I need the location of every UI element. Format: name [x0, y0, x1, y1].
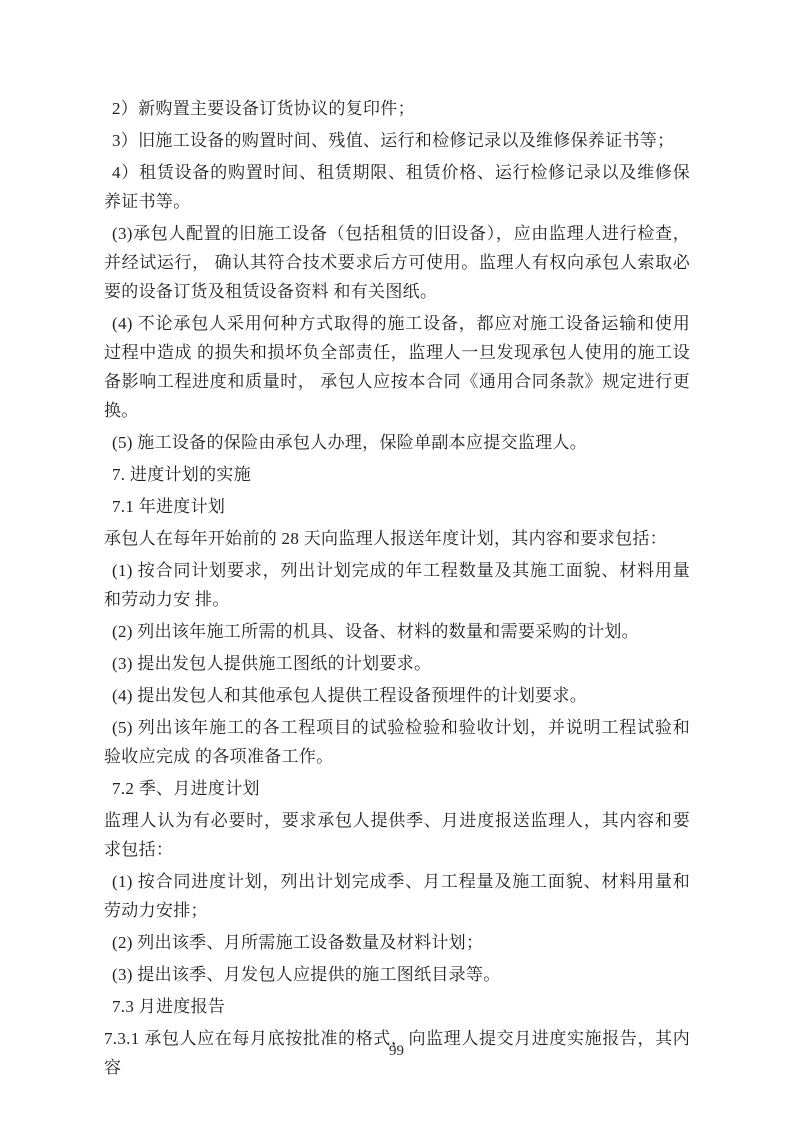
list-item-4: 4）租赁设备的购置时间、租赁期限、租赁价格、运行检修记录以及维修保养证书等。: [104, 158, 690, 216]
page-number: 99: [0, 1043, 793, 1060]
section-7-3-heading: 7.3 月进度报告: [104, 992, 690, 1021]
list-item-2: 2）新购置主要设备订货协议的复印件；: [104, 94, 690, 123]
clause-4-equipment-liability: (4) 不论承包人采用何种方式取得的施工设备，都应对施工设备运输和使用过程中造成…: [104, 309, 690, 425]
list-item-3: 3）旧施工设备的购置时间、残值、运行和检修记录以及维修保养证书等；: [104, 126, 690, 155]
quarterly-plan-item-1: (1) 按合同进度计划，列出计划完成季、月工程量及施工面貌、材料用量和劳动力安排…: [104, 867, 690, 925]
section-7-heading: 7. 进度计划的实施: [104, 460, 690, 489]
document-body: 2）新购置主要设备订货协议的复印件； 3）旧施工设备的购置时间、残值、运行和检修…: [104, 94, 690, 1085]
quarterly-plan-item-3: (3) 提出该季、月发包人应提供的施工图纸目录等。: [104, 960, 690, 989]
document-page: 2）新购置主要设备订货协议的复印件； 3）旧施工设备的购置时间、残值、运行和检修…: [0, 0, 793, 1122]
section-7-1-heading: 7.1 年进度计划: [104, 492, 690, 521]
clause-3-old-equipment: (3)承包人配置的旧施工设备（包括租赁的旧设备），应由监理人进行检查，并经试运行…: [104, 219, 690, 306]
annual-plan-item-3: (3) 提出发包人提供施工图纸的计划要求。: [104, 649, 690, 678]
quarterly-plan-intro: 监理人认为有必要时，要求承包人提供季、月进度报送监理人，其内容和要求包括：: [104, 806, 690, 864]
annual-plan-item-5: (5) 列出该年施工的各工程项目的试验检验和验收计划，并说明工程试验和验收应完成…: [104, 713, 690, 771]
annual-plan-item-2: (2) 列出该年施工所需的机具、设备、材料的数量和需要采购的计划。: [104, 617, 690, 646]
annual-plan-item-4: (4) 提出发包人和其他承包人提供工程设备预埋件的计划要求。: [104, 681, 690, 710]
clause-5-equipment-insurance: (5) 施工设备的保险由承包人办理，保险单副本应提交监理人。: [104, 428, 690, 457]
quarterly-plan-item-2: (2) 列出该季、月所需施工设备数量及材料计划；: [104, 928, 690, 957]
annual-plan-item-1: (1) 按合同计划要求，列出计划完成的年工程数量及其施工面貌、材料用量和劳动力安…: [104, 556, 690, 614]
annual-plan-intro: 承包人在每年开始前的 28 天向监理人报送年度计划，其内容和要求包括：: [104, 524, 690, 553]
section-7-2-heading: 7.2 季、月进度计划: [104, 774, 690, 803]
